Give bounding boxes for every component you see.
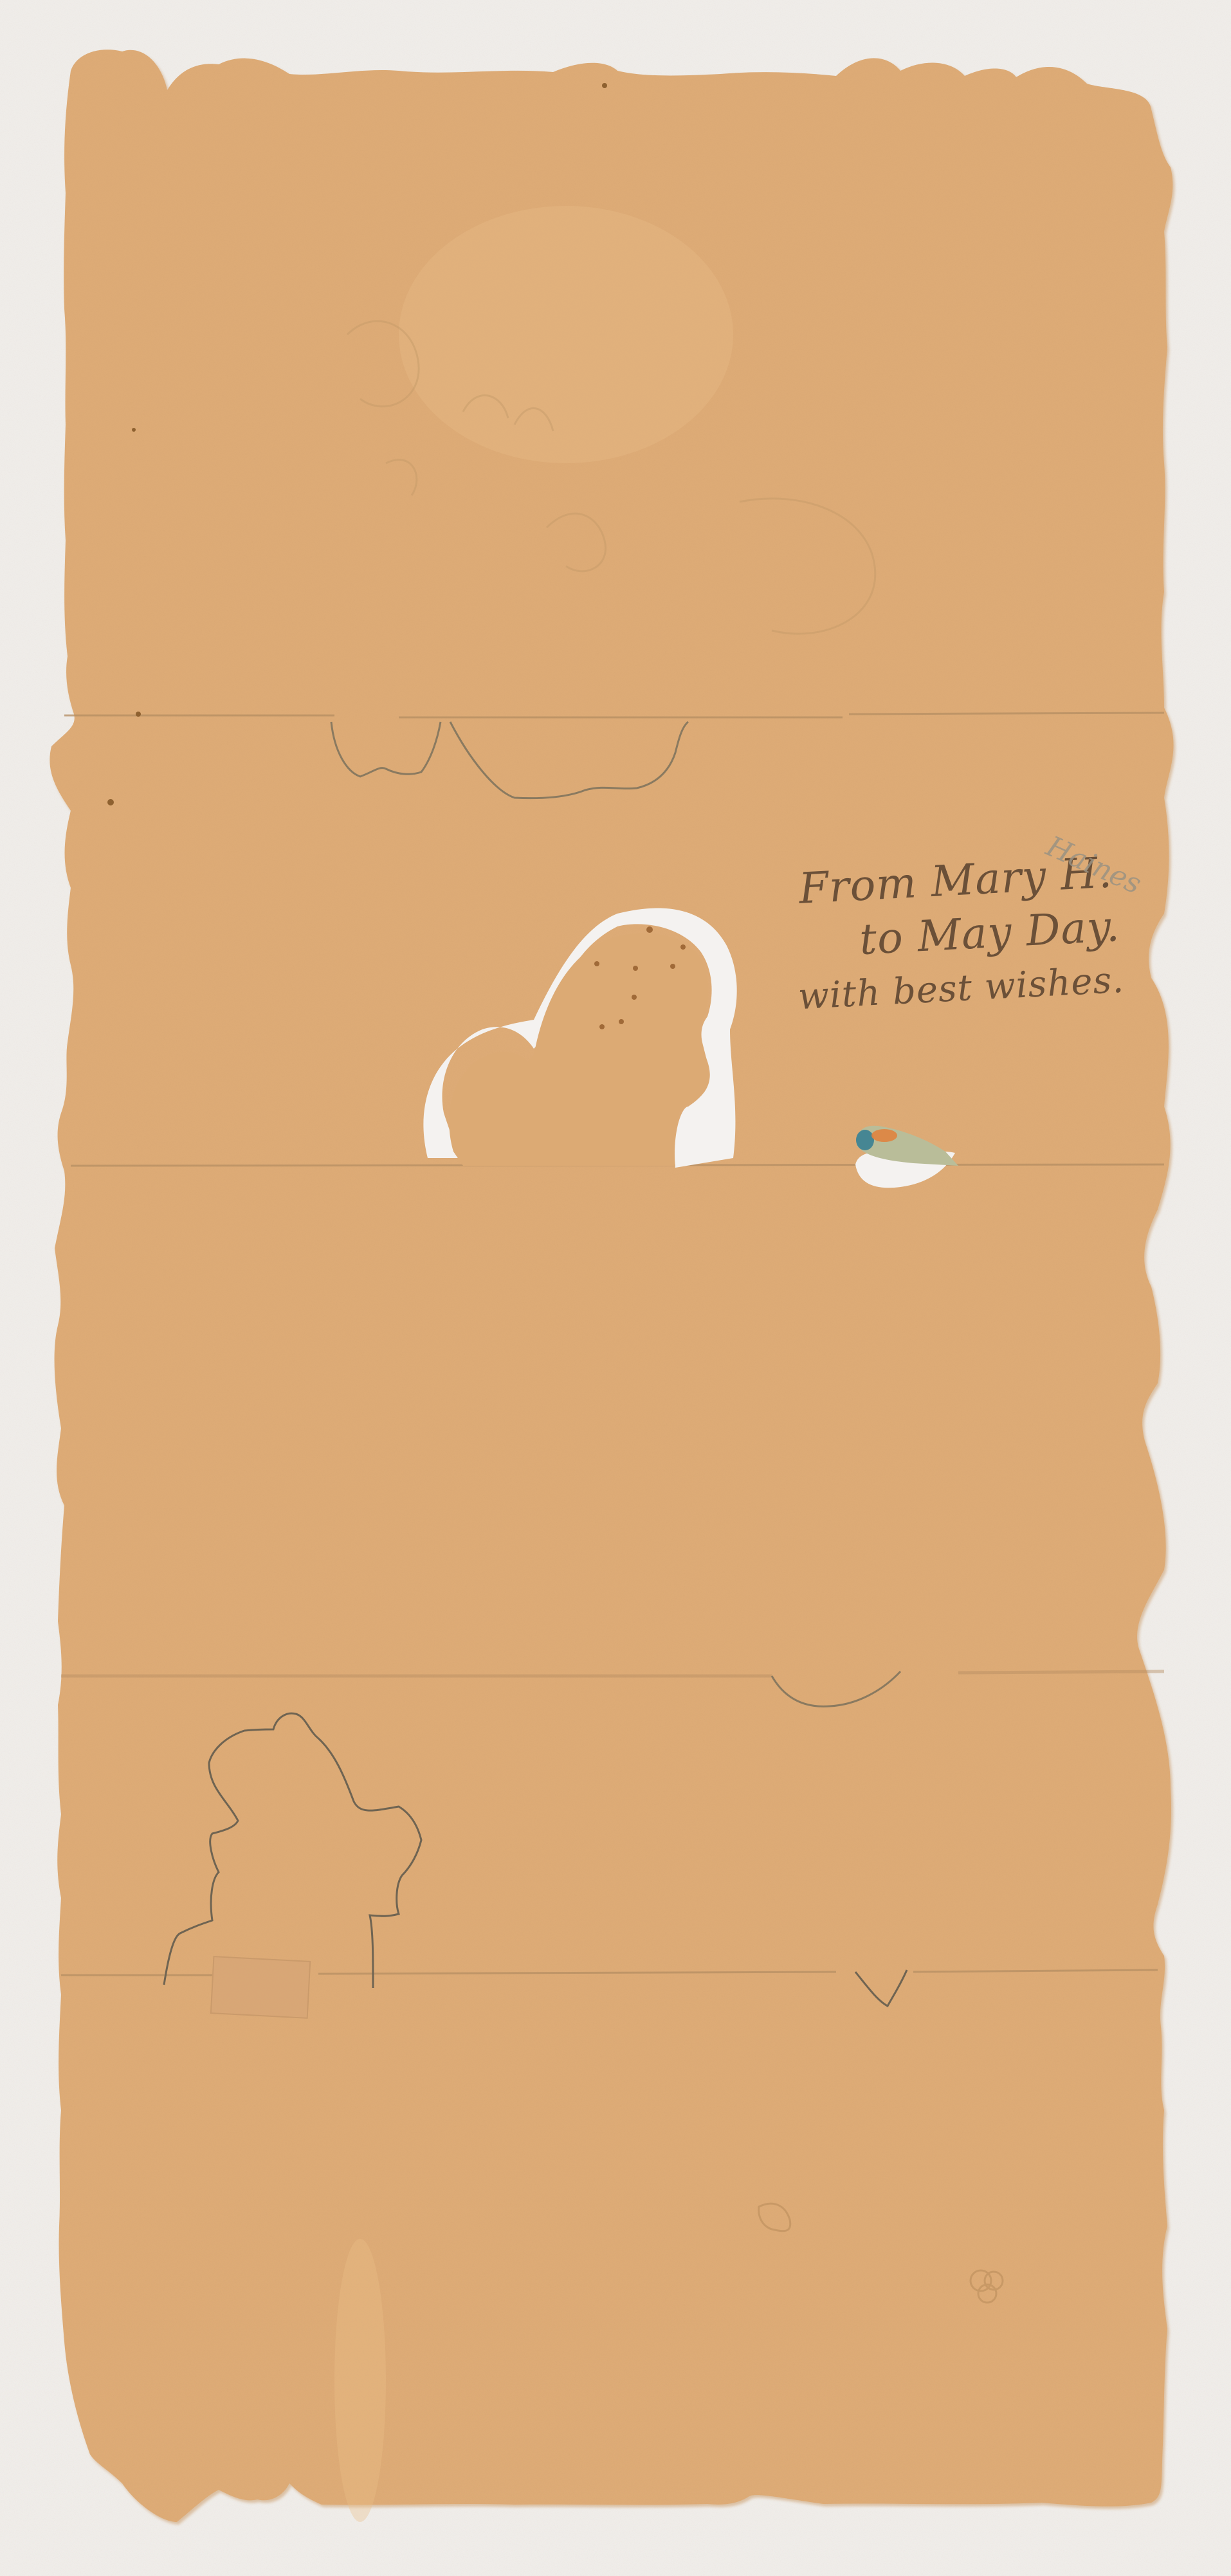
light-patch (399, 206, 733, 463)
tape-remnant (211, 1956, 310, 2018)
card-sheet (0, 0, 1231, 2576)
light-streak (334, 2239, 386, 2522)
